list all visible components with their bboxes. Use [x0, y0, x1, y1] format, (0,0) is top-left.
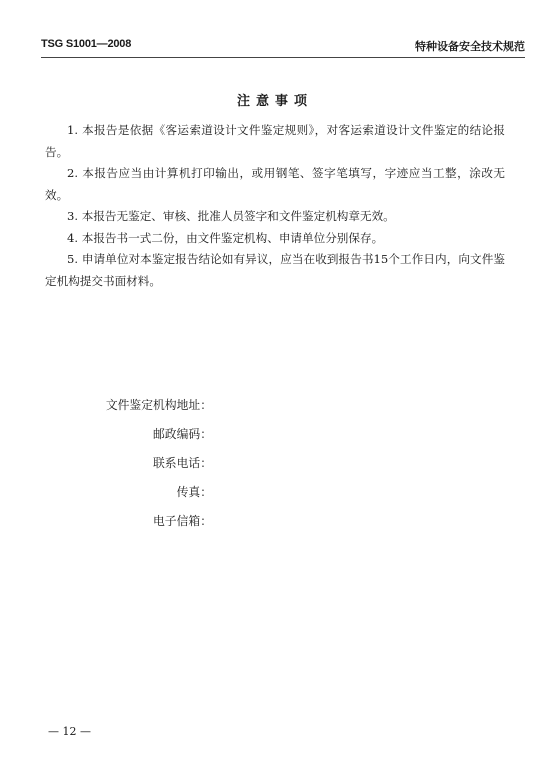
contact-field-phone: 联系电话：	[100, 454, 212, 483]
contact-field-fax: 传真：	[100, 483, 212, 512]
contact-info-block: 文件鉴定机构地址： 邮政编码： 联系电话： 传真： 电子信箱：	[100, 396, 212, 541]
page-number: — 12 —	[48, 725, 91, 738]
contact-field-postcode: 邮政编码：	[100, 425, 212, 454]
contact-label: 邮政编码：	[153, 427, 212, 441]
contact-label: 文件鉴定机构地址：	[106, 398, 212, 412]
contact-label: 电子信箱：	[153, 514, 212, 528]
standard-code: TSG S1001—2008	[41, 38, 131, 50]
contact-label: 传真：	[177, 485, 212, 499]
contact-field-email: 电子信箱：	[100, 512, 212, 541]
note-item: 2. 本报告应当由计算机打印输出，或用钢笔、签字笔填写，字迹应当工整，涂改无效。	[45, 163, 505, 206]
contact-field-address: 文件鉴定机构地址：	[100, 396, 212, 425]
note-item: 1. 本报告是依据《客运索道设计文件鉴定规则》，对客运索道设计文件鉴定的结论报告…	[45, 120, 505, 163]
contact-label: 联系电话：	[153, 456, 212, 470]
note-item: 4. 本报告书一式二份，由文件鉴定机构、申请单位分别保存。	[45, 228, 505, 250]
standard-category: 特种设备安全技术规范	[415, 38, 525, 54]
note-item: 3. 本报告无鉴定、审核、批准人员签字和文件鉴定机构章无效。	[45, 206, 505, 228]
note-item: 5. 申请单位对本鉴定报告结论如有异议，应当在收到报告书15个工作日内，向文件鉴…	[45, 249, 505, 292]
page-title: 注意事项	[0, 90, 550, 109]
notes-list: 1. 本报告是依据《客运索道设计文件鉴定规则》，对客运索道设计文件鉴定的结论报告…	[45, 120, 505, 292]
header-divider	[41, 57, 525, 58]
page-header: TSG S1001—2008 特种设备安全技术规范	[41, 38, 525, 54]
